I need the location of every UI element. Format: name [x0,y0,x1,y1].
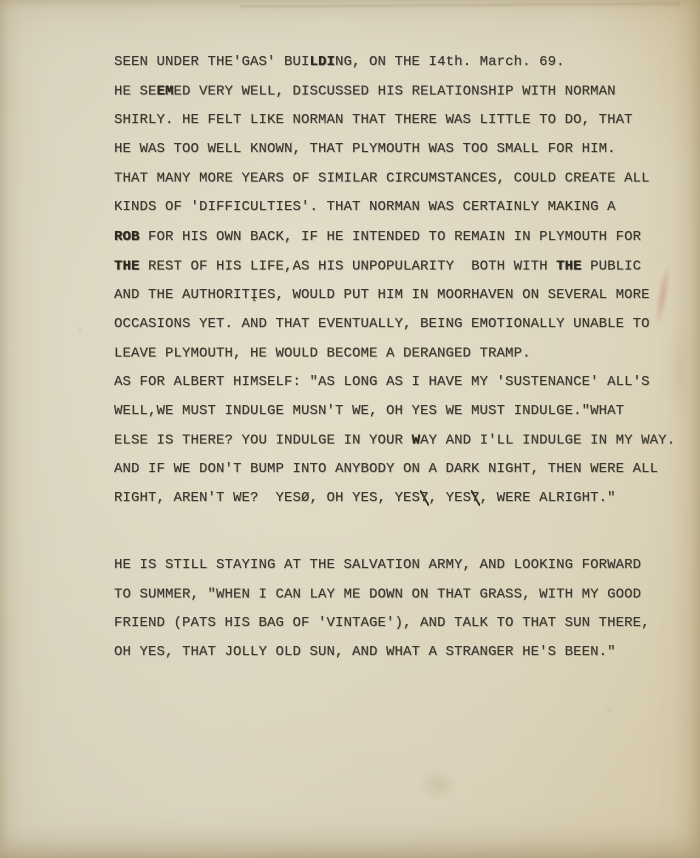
text-line: HE IS STILL STAYING AT THE SALVATION ARM… [114,551,674,580]
text-line: SHIRLY. HE FELT LIKE NORMAN THAT THERE W… [114,106,674,135]
text-line: HE WAS TOO WELL KNOWN, THAT PLYMOUTH WAS… [114,135,674,164]
paragraph: SEEN UNDER THE'GAS' BUILDING, ON THE I4t… [114,48,674,514]
text-segment: FRIEND (PATS HIS BAG OF 'VINTAGE'), AND … [114,615,650,631]
struck-out-character: 7 [471,490,480,506]
text-line: AND THE AUTHORITĮES, WOULD PUT HIM IN MO… [114,281,674,310]
overstruck-text: W [412,433,421,449]
text-segment: AND THE AUTHORITĮES, WOULD PUT HIM IN MO… [114,287,650,303]
text-segment: ELSE IS THERE? YOU INDULGE IN YOUR [114,433,412,449]
overstruck-text: EM [157,84,174,100]
overstruck-text: THE [556,258,582,274]
text-segment: SEEN UNDER THE'GAS' BUI [114,54,310,70]
text-segment: TO SUMMER, "WHEN I CAN LAY ME DOWN ON TH… [114,586,641,602]
text-segment: NG, ON THE I4th. March. 69. [335,54,565,70]
text-line: OH YES, THAT JOLLY OLD SUN, AND WHAT A S… [114,638,674,667]
text-line: WELL,WE MUST INDULGE MUSN'T WE, OH YES W… [114,397,674,426]
text-segment: HE IS STILL STAYING AT THE SALVATION ARM… [114,557,641,573]
paragraph: HE IS STILL STAYING AT THE SALVATION ARM… [114,551,674,667]
text-line: AND IF WE DON'T BUMP INTO ANYBODY ON A D… [114,455,674,484]
text-segment: OH YES, THAT JOLLY OLD SUN, AND WHAT A S… [114,644,616,660]
text-line: KINDS OF 'DIFFICULTIES'. THAT NORMAN WAS… [114,193,674,222]
text-segment: OCCASIONS YET. AND THAT EVENTUALLY, BEIN… [114,316,650,332]
paper-blotch [418,768,458,802]
text-line: RIGHT, AREN'T WE? YESØ, OH YES, YES7, YE… [114,484,674,513]
text-segment: , WERE ALRIGHT." [480,490,616,506]
overstruck-text: ROB [114,229,140,245]
typewritten-text: SEEN UNDER THE'GAS' BUILDING, ON THE I4t… [114,48,674,667]
text-line: SEEN UNDER THE'GAS' BUILDING, ON THE I4t… [114,48,674,77]
paper-sheet: SEEN UNDER THE'GAS' BUILDING, ON THE I4t… [0,0,700,858]
text-segment: ED VERY WELL, DISCUSSED HIS RELATIONSHIP… [174,84,616,100]
text-segment: HE WAS TOO WELL KNOWN, THAT PLYMOUTH WAS… [114,141,616,157]
text-line: LEAVE PLYMOUTH, HE WOULD BECOME A DERANG… [114,339,674,368]
text-line: AS FOR ALBERT HIMSELF: "AS LONG AS I HAV… [114,368,674,397]
text-segment: AY AND I'LL INDULGE IN MY WAY. [420,433,675,449]
text-segment: LEAVE PLYMOUTH, HE WOULD BECOME A DERANG… [114,345,531,361]
text-line: ROB FOR HIS OWN BACK, IF HE INTENDED TO … [114,223,674,252]
text-segment: PUBLIC [582,258,642,274]
text-line: THE REST OF HIS LIFE,AS HIS UNPOPULARITY… [114,252,674,281]
paper-crease [240,2,680,9]
text-segment: THAT MANY MORE YEARS OF SIMILAR CIRCUMST… [114,171,650,187]
overstruck-text: LDI [310,54,336,70]
text-segment: AND IF WE DON'T BUMP INTO ANYBODY ON A D… [114,461,658,477]
overstruck-text: THE [114,258,140,274]
text-segment: REST OF HIS LIFE,AS HIS UNPOPULARITY BOT… [140,258,557,274]
text-line: FRIEND (PATS HIS BAG OF 'VINTAGE'), AND … [114,609,674,638]
text-segment: KINDS OF 'DIFFICULTIES'. THAT NORMAN WAS… [114,199,616,215]
text-segment: , YES [429,490,472,506]
text-segment: HE SE [114,84,157,100]
text-line: THAT MANY MORE YEARS OF SIMILAR CIRCUMST… [114,165,674,194]
text-segment: RIGHT, AREN'T WE? YESØ, OH YES, YES [114,490,420,506]
text-segment: WELL,WE MUST INDULGE MUSN'T WE, OH YES W… [114,403,624,419]
text-line: HE SEEMED VERY WELL, DISCUSSED HIS RELAT… [114,78,674,107]
text-segment: SHIRLY. HE FELT LIKE NORMAN THAT THERE W… [114,112,633,128]
text-segment: FOR HIS OWN BACK, IF HE INTENDED TO REMA… [140,229,642,245]
text-line: ELSE IS THERE? YOU INDULGE IN YOUR WAY A… [114,427,674,456]
text-line: OCCASIONS YET. AND THAT EVENTUALLY, BEIN… [114,310,674,339]
text-line: TO SUMMER, "WHEN I CAN LAY ME DOWN ON TH… [114,580,674,609]
text-segment: AS FOR ALBERT HIMSELF: "AS LONG AS I HAV… [114,374,650,390]
struck-out-character: 7 [420,490,429,506]
